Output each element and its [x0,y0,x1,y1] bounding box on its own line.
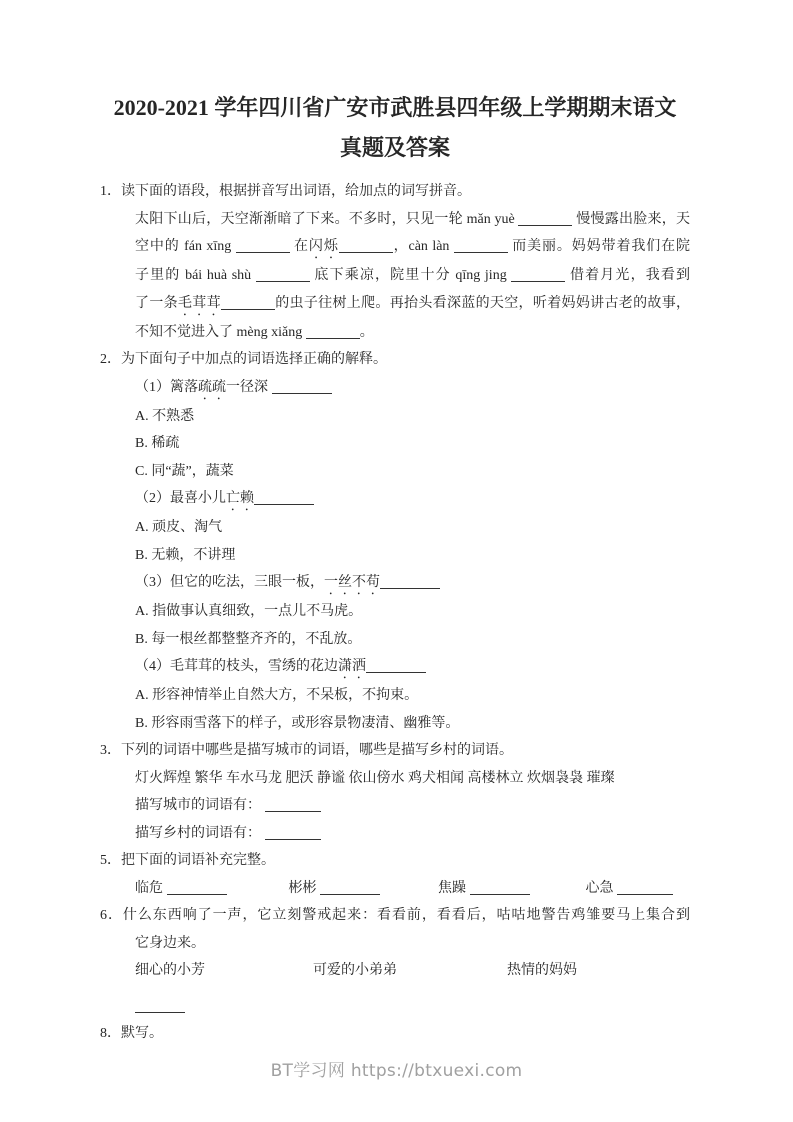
spacer [397,973,507,974]
text-run: 描写城市的词语有： [135,798,265,813]
answer-blank [221,296,275,310]
text-run: 了一条 [135,296,178,311]
question-2-item-1-option-a: A. 不熟悉 [135,403,690,431]
question-2-item-3-option-b: B. 每一根丝都整整齐齐的，不乱放。 [135,626,690,654]
question-3-country-line: 描写乡村的词语有： [135,820,690,848]
question-1-text-line-4: 了一条毛茸茸的虫子往树上爬。再抬头看深蓝的天空，听着妈妈讲古老的故事， [135,290,690,319]
text-run: 6．什么东西响了一声，它立刻警戒起来：看看前，看看后，咕咕地警告鸡雏要马上集合到 [100,908,690,923]
emphasized-text: 闪烁 [309,239,339,254]
text-run: A. 形容神情举止自然大方，不呆板，不拘束。 [135,688,418,703]
text-run: 空中的 fán xīng [135,239,236,254]
answer-blank [254,491,314,505]
text-run: 底下乘凉，院里十分 qīng jing [310,268,512,283]
question-2-item-3: （3）但它的吃法，三眼一板，一丝不苟 [135,569,690,598]
text-run: B. 稀疏 [135,436,179,451]
text-run: 5．把下面的词语补充完整。 [100,853,275,868]
question-2-item-1-option-c: C. 同“蔬”，蔬菜 [135,458,690,486]
text-run: 灯火辉煌 繁华 车水马龙 肥沃 静谧 依山傍水 鸡犬相闻 高楼林立 炊烟袅袅 璀… [135,771,615,786]
question-1-text-line-1: 太阳下山后，天空渐渐暗了下来。不多时，只见一轮 mǎn yuè 慢慢露出脸来，天 [135,206,690,234]
document-body: 1．读下面的语段，根据拼音写出词语，给加点的词写拼音。太阳下山后，天空渐渐暗了下… [100,178,690,1048]
question-2-item-2-option-a: A. 顽皮、淘气 [135,514,690,542]
text-run: 焦躁 [438,881,470,896]
answer-blank [380,575,440,589]
question-5-prompt: 5．把下面的词语补充完整。 [100,847,690,875]
answer-blank [617,881,673,895]
emphasized-text: 潇洒 [338,659,366,674]
answer-blank [272,380,332,394]
question-1-text-line-5: 不知不觉进入了 mèng xiǎng 。 [135,319,690,347]
text-run: 太阳下山后，天空渐渐暗了下来。不多时，只见一轮 mǎn yuè [135,212,518,227]
text-run: （3）但它的吃法，三眼一板， [135,575,324,590]
question-6-answer-blank-line [135,993,690,1021]
document-title-line-1: 2020-2021 学年四川省广安市武胜县四年级上学期期末语文 [100,88,690,128]
question-8-prompt: 8．默写。 [100,1020,690,1048]
spacer [530,891,586,892]
text-run: 心急 [586,881,618,896]
text-run: 1．读下面的语段，根据拼音写出词语，给加点的词写拼音。 [100,184,471,199]
answer-blank [366,659,426,673]
answer-blank [511,268,565,282]
text-run: 细心的小芳 [135,963,205,978]
text-run: 子里的 bái huà shù [135,268,256,283]
question-3-prompt: 3．下列的词语中哪些是描写城市的词语，哪些是描写乡村的词语。 [100,737,690,765]
question-2-item-4-option-a: A. 形容神情举止自然大方，不呆板，不拘束。 [135,682,690,710]
text-run: 2．为下面句子中加点的词语选择正确的解释。 [100,352,387,367]
emphasized-text: 毛茸茸 [178,296,221,311]
text-run: B. 形容雨雪落下的样子，或形容景物凄清、幽雅等。 [135,716,459,731]
document-title-line-2: 真题及答案 [100,128,690,168]
question-1-text-line-3: 子里的 bái huà shù 底下乘凉，院里十分 qīng jing 借着月光… [135,262,690,290]
question-2-item-1: （1）篱落疏疏一径深 [135,374,690,403]
text-run: 它身边来。 [135,936,205,951]
question-2-prompt: 2．为下面句子中加点的词语选择正确的解释。 [100,346,690,374]
question-1-prompt: 1．读下面的语段，根据拼音写出词语，给加点的词写拼音。 [100,178,690,206]
document-title: 2020-2021 学年四川省广安市武胜县四年级上学期期末语文 真题及答案 [100,88,690,168]
emphasized-text: 疏疏 [198,380,226,395]
exam-document-page: 2020-2021 学年四川省广安市武胜县四年级上学期期末语文 真题及答案 1．… [0,0,793,1122]
emphasized-text: 一丝不苟 [324,575,380,590]
text-run: 描写乡村的词语有： [135,826,265,841]
text-run: （1）篱落 [135,380,198,395]
text-run: C. 同“蔬”，蔬菜 [135,464,234,479]
document-content: 2020-2021 学年四川省广安市武胜县四年级上学期期末语文 真题及答案 1．… [100,88,690,1048]
text-run: B. 无赖，不讲理 [135,548,235,563]
spacer [227,891,289,892]
text-run: B. 每一根丝都整整齐齐的，不乱放。 [135,632,361,647]
question-5-blanks-line: 临危 彬彬 焦躁 心急 [135,875,690,903]
text-run: 不知不觉进入了 mèng xiǎng [135,325,306,340]
answer-blank [135,999,185,1013]
question-1-text-line-2: 空中的 fán xīng 在闪烁，càn làn 而美丽。妈妈带着我们在院 [135,233,690,262]
question-2-item-4-option-b: B. 形容雨雪落下的样子，或形容景物凄清、幽雅等。 [135,710,690,738]
answer-blank [518,212,572,226]
spacer [205,973,313,974]
watermark-footer: BT学习网 https://btxuexi.com [0,1056,793,1081]
spacer [380,891,438,892]
question-6-text-line-2: 它身边来。 [135,930,690,958]
text-run: 彬彬 [289,881,321,896]
answer-blank [470,881,530,895]
question-2-item-4: （4）毛茸茸的枝头，雪绣的花边潇洒 [135,653,690,682]
text-run: 而美丽。妈妈带着我们在院 [508,239,690,254]
question-2-item-3-option-a: A. 指做事认真细致，一点儿不马虎。 [135,598,690,626]
text-run: 8．默写。 [100,1026,163,1041]
question-6-text-line-1: 6．什么东西响了一声，它立刻警戒起来：看看前，看看后，咕咕地警告鸡雏要马上集合到 [100,902,690,930]
text-run: A. 指做事认真细致，一点儿不马虎。 [135,604,362,619]
text-run: 在 [290,239,309,254]
text-run: 慢慢露出脸来，天 [572,212,690,227]
answer-blank [454,239,508,253]
text-run: A. 不熟悉 [135,409,194,424]
text-run: 3．下列的词语中哪些是描写城市的词语，哪些是描写乡村的词语。 [100,743,513,758]
text-run: A. 顽皮、淘气 [135,520,222,535]
question-6-options-line: 细心的小芳可爱的小弟弟热情的妈妈 [135,957,690,985]
answer-blank [167,881,227,895]
question-3-word-bank: 灯火辉煌 繁华 车水马龙 肥沃 静谧 依山傍水 鸡犬相闻 高楼林立 炊烟袅袅 璀… [135,765,690,793]
answer-blank [236,239,290,253]
question-2-item-1-option-b: B. 稀疏 [135,430,690,458]
text-run: （4）毛茸茸的枝头，雪绣的花边 [135,659,338,674]
answer-blank [256,268,310,282]
answer-blank [339,239,393,253]
question-3-city-line: 描写城市的词语有： [135,792,690,820]
answer-blank [320,881,380,895]
question-2-item-2: （2）最喜小儿亡赖 [135,485,690,514]
text-run: 热情的妈妈 [507,963,577,978]
question-2-item-2-option-b: B. 无赖，不讲理 [135,542,690,570]
text-run: ，càn làn [393,239,454,254]
text-run: 临危 [135,881,167,896]
text-run: 可爱的小弟弟 [313,963,397,978]
text-run: （2）最喜小儿 [135,491,226,506]
answer-blank [265,798,321,812]
text-run: 一径深 [226,380,272,395]
answer-blank [265,826,321,840]
text-run: 。 [360,325,374,340]
text-run: 借着月光，我看到 [565,268,690,283]
emphasized-text: 亡赖 [226,491,254,506]
text-run: 的虫子往树上爬。再抬头看深蓝的天空，听着妈妈讲古老的故事， [275,296,690,311]
answer-blank [306,325,360,339]
